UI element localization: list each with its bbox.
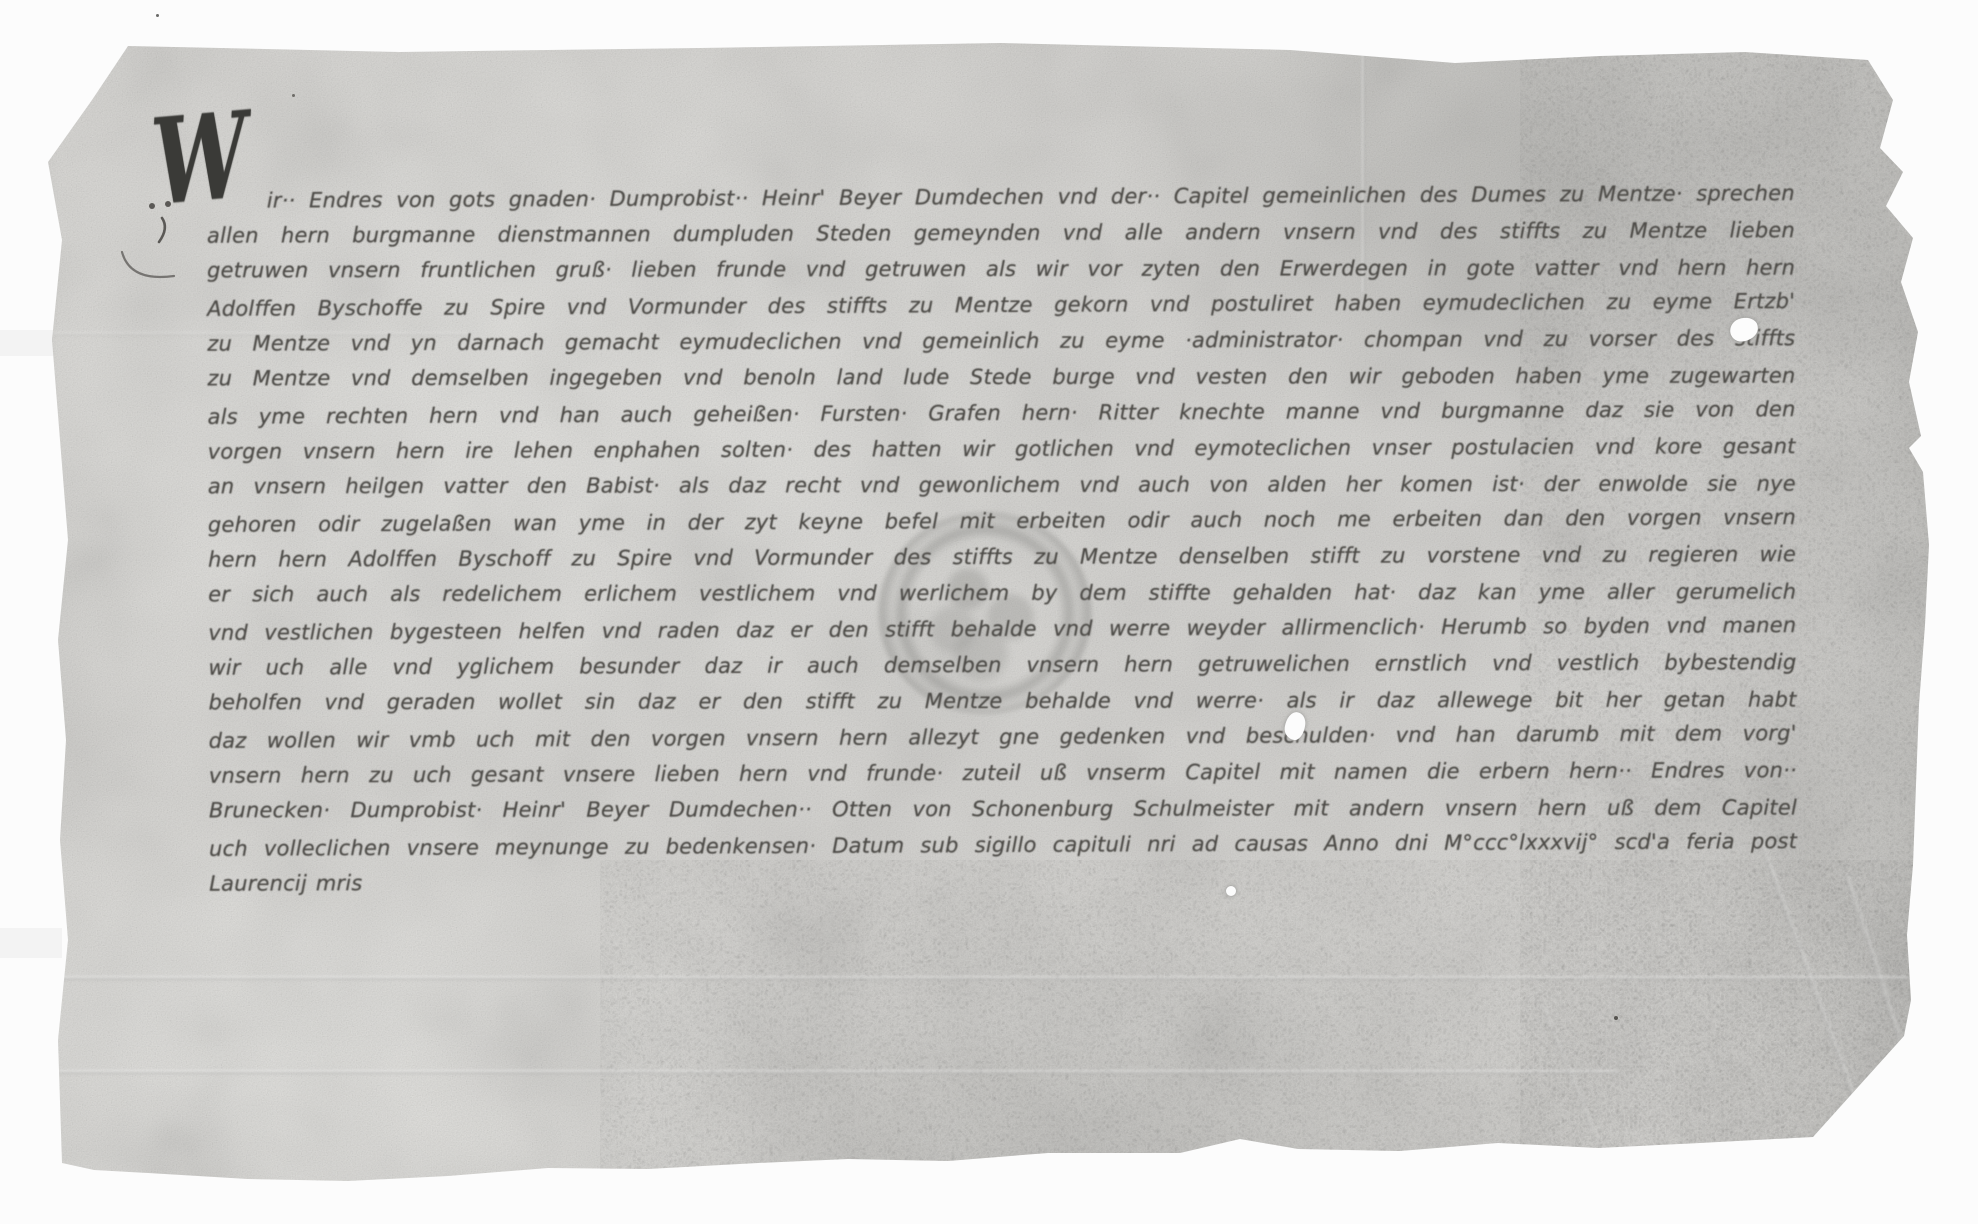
- manuscript-line: hern hern Adolffen Byschoff zu Spire vnd…: [208, 536, 1796, 578]
- manuscript-line: zu Mentze vnd yn darnach gemacht eymudec…: [207, 320, 1795, 362]
- manuscript-line: an vnsern heilgen vatter den Babist· als…: [208, 466, 1796, 505]
- document-scan: { "manuscript": { "kind": "medieval-parc…: [0, 0, 1978, 1224]
- ink-speck: [292, 94, 295, 97]
- fold-crease: [58, 1070, 1618, 1074]
- parchment-sheet: W ir·· Endres von gots gnaden· Dumprobis…: [0, 0, 1978, 1224]
- ink-speck: [1614, 1016, 1618, 1020]
- manuscript-line: allen hern burgmanne dienstmannen dumplu…: [207, 212, 1795, 254]
- manuscript-line: zu Mentze vnd demselben ingegeben vnd be…: [207, 358, 1795, 397]
- manuscript-line: wir uch alle vnd yglichem besunder daz i…: [208, 644, 1796, 686]
- dust-speck: [156, 14, 159, 17]
- fold-crease: [58, 976, 1908, 980]
- manuscript-line: Brunecken· Dumprobist· Heinr' Beyer Dumd…: [209, 790, 1797, 829]
- manuscript-line: vnsern hern zu uch gesant vnsere lieben …: [209, 752, 1797, 794]
- manuscript-line: er sich auch als redelichem erlichem ves…: [208, 574, 1796, 613]
- manuscript-line: Laurencij mris: [209, 860, 1797, 902]
- scan-band: [0, 928, 62, 958]
- manuscript-text: ir·· Endres von gots gnaden· Dumprobist·…: [207, 176, 1798, 902]
- manuscript-line: beholfen vnd geraden wollet sin daz er d…: [209, 682, 1797, 721]
- parchment-hole: [1226, 886, 1236, 896]
- margin-mark-icon: [108, 190, 208, 310]
- manuscript-line: getruwen vnsern fruntlichen gruß· lieben…: [207, 250, 1795, 289]
- manuscript-line: vorgen vnsern hern ire lehen enphahen so…: [208, 428, 1796, 470]
